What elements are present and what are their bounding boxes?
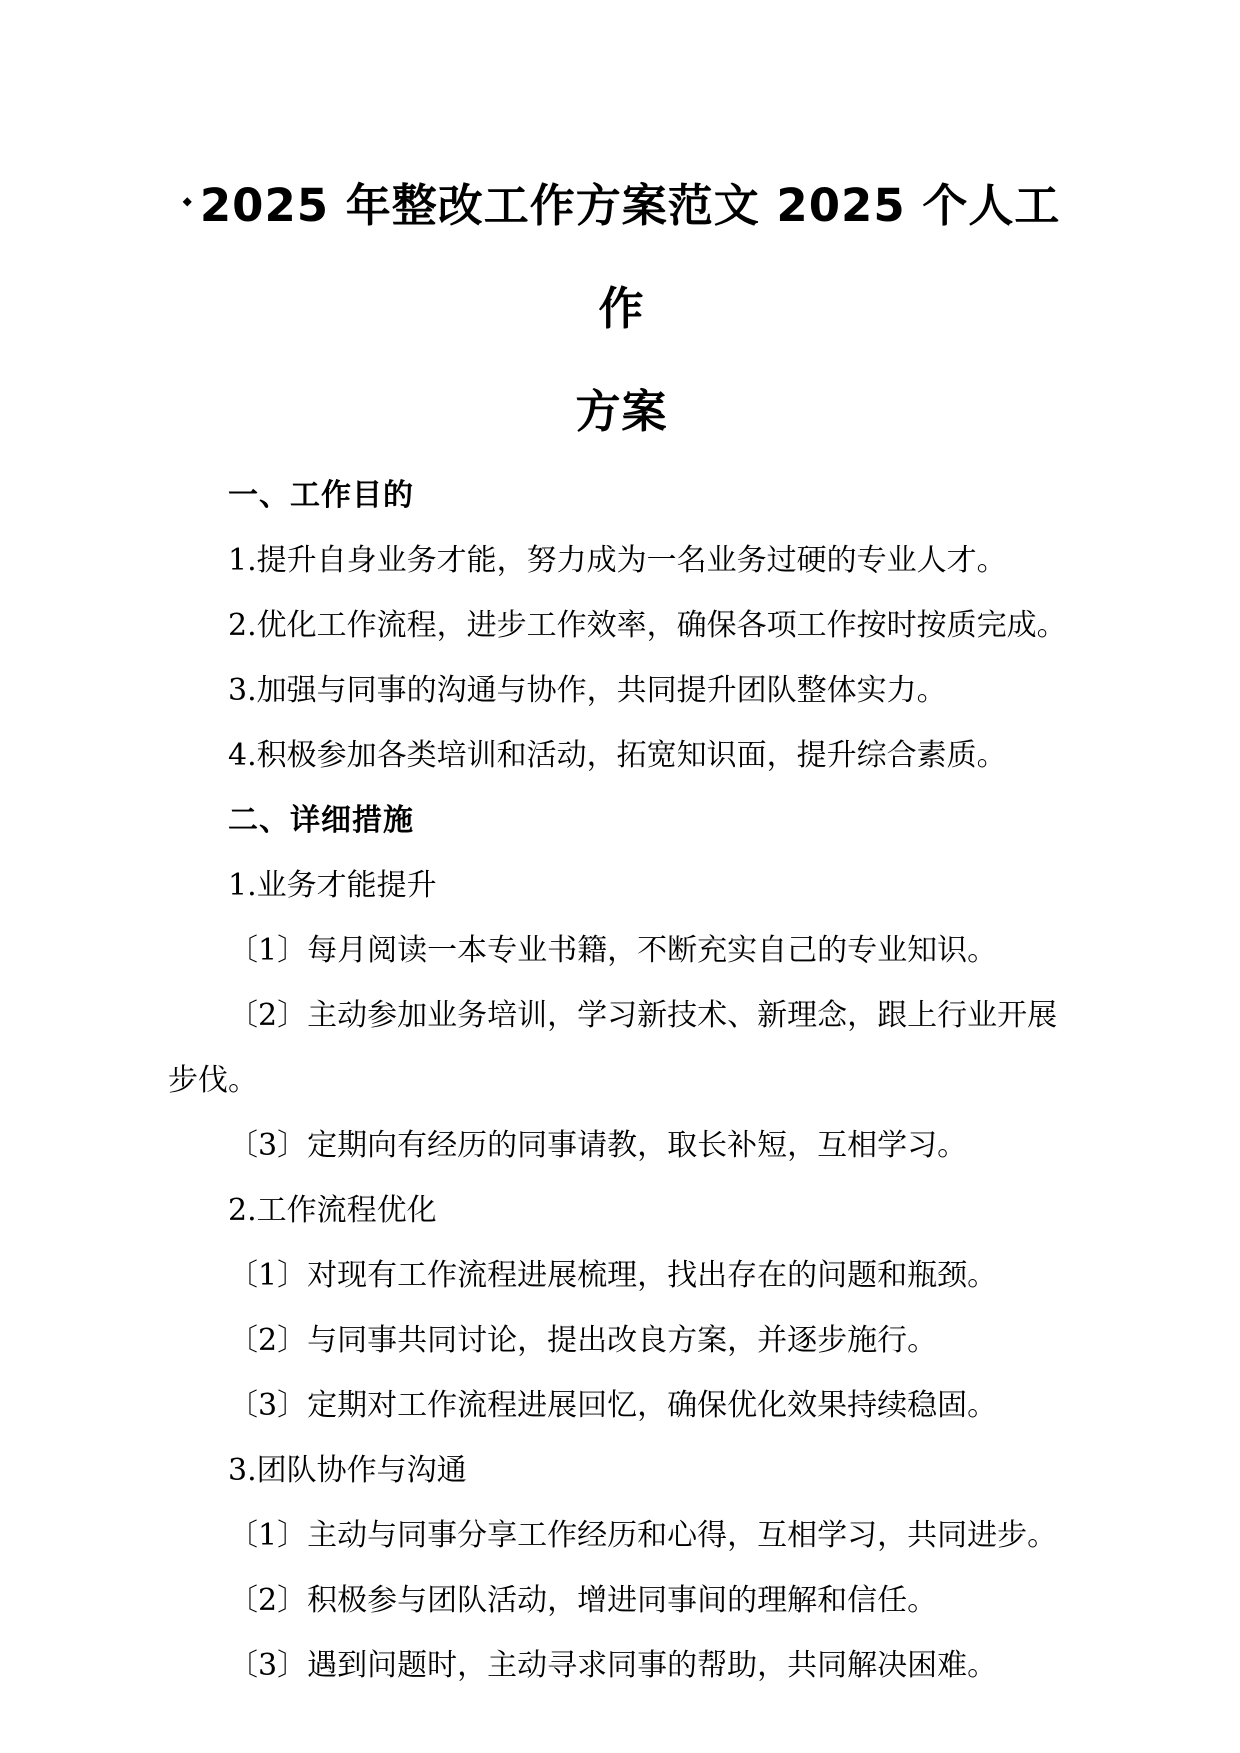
paragraph: 〔3〕遇到问题时，主动寻求同事的帮助，共同解决困难。 (168, 1633, 1075, 1698)
title-line-1-wrap: ◆2025 年整改工作方案范文 2025 个人工作 (168, 150, 1075, 360)
paragraph: 〔2〕积极参与团队活动，增进同事间的理解和信任。 (168, 1568, 1075, 1633)
subsection-title: 3.团队协作与沟通 (168, 1438, 1075, 1503)
subsection-title: 2.工作流程优化 (168, 1178, 1075, 1243)
title-bullet-icon: ◆ (183, 150, 192, 253)
paragraph: 〔1〕对现有工作流程进展梳理，找出存在的问题和瓶颈。 (168, 1243, 1075, 1308)
paragraph: 〔2〕主动参加业务培训，学习新技术、新理念，跟上行业开展步伐。 (168, 983, 1075, 1113)
document-title: ◆2025 年整改工作方案范文 2025 个人工作 方案 (168, 150, 1075, 463)
paragraph: 2.优化工作流程，进步工作效率，确保各项工作按时按质完成。 (168, 593, 1075, 658)
paragraph: 〔2〕与同事共同讨论，提出改良方案，并逐步施行。 (168, 1308, 1075, 1373)
title-line-2: 方案 (168, 360, 1075, 463)
paragraph: 1.提升自身业务才能，努力成为一名业务过硬的专业人才。 (168, 528, 1075, 593)
paragraph: 〔3〕定期向有经历的同事请教，取长补短，互相学习。 (168, 1113, 1075, 1178)
paragraph: 3.加强与同事的沟通与协作，共同提升团队整体实力。 (168, 658, 1075, 723)
document-body: 一、工作目的 1.提升自身业务才能，努力成为一名业务过硬的专业人才。 2.优化工… (168, 463, 1075, 1698)
paragraph: 〔1〕主动与同事分享工作经历和心得，互相学习，共同进步。 (168, 1503, 1075, 1568)
document-page: ◆2025 年整改工作方案范文 2025 个人工作 方案 一、工作目的 1.提升… (0, 0, 1240, 1753)
paragraph: 〔3〕定期对工作流程进展回忆，确保优化效果持续稳固。 (168, 1373, 1075, 1438)
section-heading-1: 一、工作目的 (168, 463, 1075, 528)
section-heading-2: 二、详细措施 (168, 788, 1075, 853)
subsection-title: 1.业务才能提升 (168, 853, 1075, 918)
paragraph: 4.积极参加各类培训和活动，拓宽知识面，提升综合素质。 (168, 723, 1075, 788)
title-line-1: 2025 年整改工作方案范文 2025 个人工作 (200, 179, 1061, 335)
paragraph: 〔1〕每月阅读一本专业书籍，不断充实自己的专业知识。 (168, 918, 1075, 983)
